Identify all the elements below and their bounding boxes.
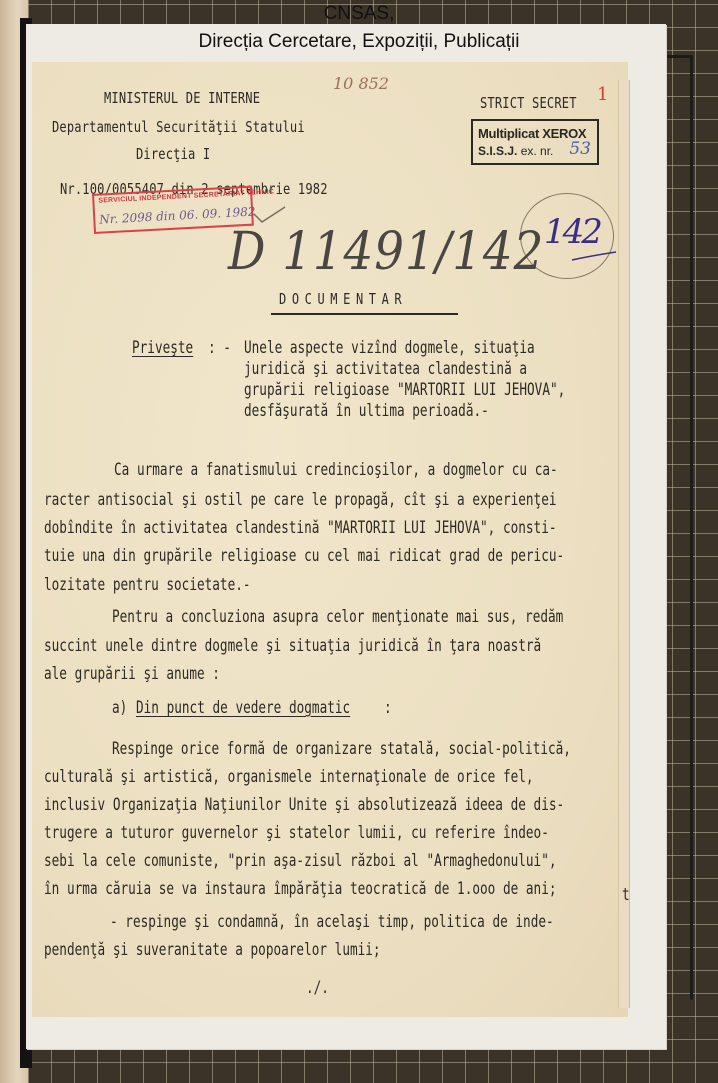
- paragraph-line: - respinge şi condamnă, în acelaşi timp,…: [110, 912, 554, 931]
- subject-line: Unele aspecte vizînd dogmele, situaţia: [244, 338, 535, 357]
- subject-line: juridică şi activitatea clandestină a: [244, 359, 527, 378]
- paragraph-line: sebi la cele comuniste, "prin aşa-zisul …: [44, 851, 556, 870]
- paragraph-line: inclusiv Organizaţia Naţiunilor Unite şi…: [44, 795, 564, 814]
- paragraph-line: Ca urmare a fanatismului credincioşilor,…: [114, 460, 558, 479]
- subject-line: grupării religioase "MARTORII LUI JEHOVA…: [244, 380, 565, 399]
- paragraph-line: dobîndite în activitatea clandestină "MA…: [44, 518, 556, 537]
- paragraph-line: trugere a tuturor guvernelor şi statelor…: [44, 823, 549, 842]
- paragraph-line: Pentru a concluziona asupra celor menţio…: [112, 607, 563, 626]
- paragraph-line: tuie una din grupările religioase cu cel…: [44, 546, 564, 565]
- issuer-department: Departamentul Securităţii Statului: [52, 118, 305, 136]
- paragraph-line: în urma căruia se va instaura împărăţia …: [44, 879, 556, 898]
- folio-number-handwritten: 142: [544, 212, 600, 252]
- section-a-colon: :: [384, 698, 392, 717]
- copy-number-handwritten: 53: [569, 139, 591, 159]
- paragraph-line: pendenţă şi suveranitate a popoarelor lu…: [44, 940, 381, 959]
- margin-stray-character: t: [622, 885, 630, 904]
- section-a-title: Din punct de vedere dogmatic: [136, 698, 350, 717]
- classification-label: STRICT SECRET: [480, 94, 577, 112]
- paragraph-line: Respinge orice formă de organizare stata…: [112, 739, 571, 758]
- paragraph-line: lozitate pentru societate.-: [44, 575, 251, 594]
- subject-separator: : -: [208, 338, 231, 357]
- xerox-stamp-line2: S.I.S.J. ex. nr.: [478, 144, 553, 158]
- red-page-mark: 1: [597, 84, 608, 105]
- cable: [690, 55, 693, 1000]
- continuation-mark: ./.: [306, 978, 329, 997]
- paragraph-line: succint unele dintre dogmele şi situaţia…: [44, 636, 541, 655]
- folio-underline-stroke: [570, 250, 620, 264]
- xerox-copy-stamp: Multiplicat XEROX S.I.S.J. ex. nr. 53: [471, 119, 599, 165]
- file-number-handwritten: D 11491/142: [228, 222, 544, 282]
- subject-line: desfăşurată în ultima perioadă.-: [244, 401, 489, 420]
- document-type: DOCUMENTAR: [279, 290, 407, 308]
- document-type-underline: [271, 313, 458, 315]
- archive-watermark-header: CNSAS, Direcția Cercetare, Expoziții, Pu…: [0, 2, 718, 54]
- section-a-prefix: a): [112, 698, 127, 717]
- paragraph-line: ale grupării şi anume :: [44, 664, 220, 683]
- archive-directorate: Direcția Cercetare, Expoziții, Publicați…: [0, 30, 718, 54]
- handwritten-register-number: 10 852: [333, 74, 389, 93]
- issuer-directorate: Direcţia I: [136, 145, 210, 163]
- cable: [665, 55, 693, 58]
- paragraph-line: racter antisocial şi ostil pe care le pr…: [44, 490, 556, 509]
- issuer-ministry: MINISTERUL DE INTERNE: [104, 89, 260, 107]
- archive-name: CNSAS,: [0, 2, 718, 26]
- paragraph-line: culturală şi artistică, organismele inte…: [44, 767, 534, 786]
- underlying-page-edge: [618, 80, 630, 1008]
- subject-label: Priveşte: [132, 338, 193, 357]
